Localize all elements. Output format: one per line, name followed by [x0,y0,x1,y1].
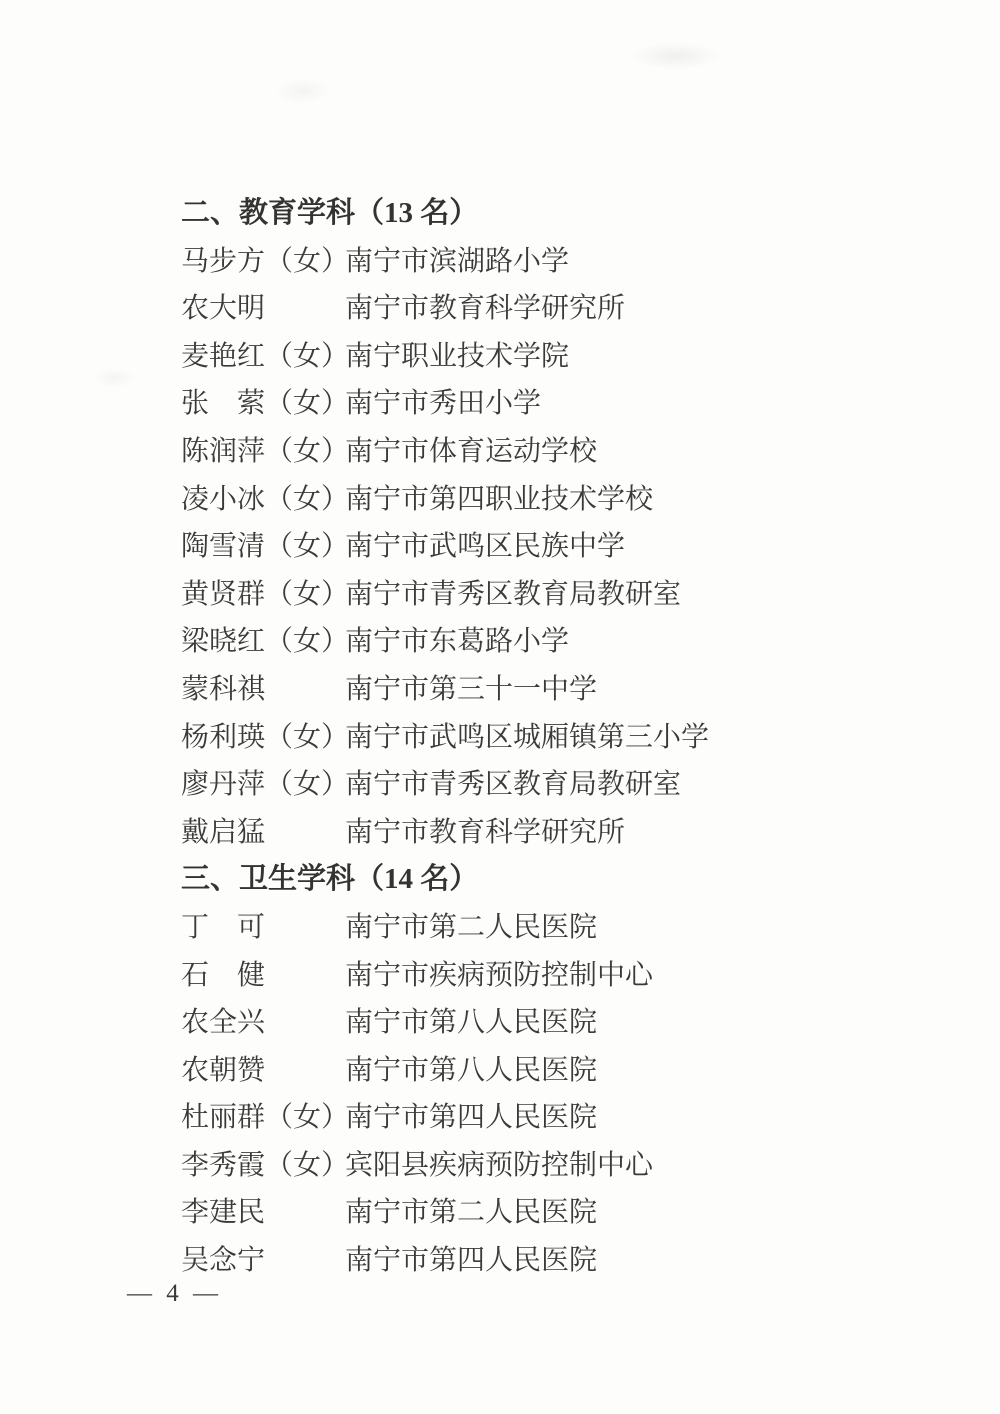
person-name: 戴启猛 [181,809,338,857]
roster-row: 李秀霞（女） 宾阳县疾病预防控制中心 [181,1142,901,1190]
person-organization: 宾阳县疾病预防控制中心 [345,1142,653,1190]
roster-row: 石 健 南宁市疾病预防控制中心 [181,952,901,1000]
roster-section: 三、卫生学科（14 名） 丁 可 南宁市第二人民医院 石 健 南宁市疾病预防控制… [181,856,901,1284]
person-organization: 南宁市东葛路小学 [345,618,569,666]
person-organization: 南宁市第二人民医院 [345,1189,597,1237]
person-organization: 南宁市第二人民医院 [345,904,597,952]
page-number: — 4 — [127,1280,222,1308]
document-content: 二、教育学科（13 名） 马步方（女） 南宁市滨湖路小学 农大明 南宁市教育科学… [181,190,901,1285]
roster-row: 杨利瑛（女） 南宁市武鸣区城厢镇第三小学 [181,714,901,762]
person-organization: 南宁市青秀区教育局教研室 [345,571,681,619]
person-name: 李秀霞（女） [181,1142,338,1190]
person-organization: 南宁市秀田小学 [345,380,541,428]
section-rows: 马步方（女） 南宁市滨湖路小学 农大明 南宁市教育科学研究所 麦艳红（女） 南宁… [181,238,901,857]
person-name: 农朝赞 [181,1047,338,1095]
roster-row: 吴念宁 南宁市第四人民医院 [181,1237,901,1285]
person-name: 梁晓红（女） [181,618,338,666]
roster-row: 黄贤群（女） 南宁市青秀区教育局教研室 [181,571,901,619]
person-organization: 南宁市第四人民医院 [345,1094,597,1142]
person-organization: 南宁市第三十一中学 [345,666,597,714]
person-name: 张 萦（女） [181,380,338,428]
person-name: 农大明 [181,285,338,333]
person-name: 李建民 [181,1189,338,1237]
person-name: 杜丽群（女） [181,1094,338,1142]
roster-row: 农大明 南宁市教育科学研究所 [181,285,901,333]
person-name: 马步方（女） [181,238,338,286]
person-name: 陈润萍（女） [181,428,338,476]
roster-row: 李建民 南宁市第二人民医院 [181,1189,901,1237]
roster-row: 农全兴 南宁市第八人民医院 [181,999,901,1047]
roster-row: 梁晓红（女） 南宁市东葛路小学 [181,618,901,666]
person-organization: 南宁市第四人民医院 [345,1237,597,1285]
section-title: 二、教育学科（13 名） [181,190,901,238]
section-title: 三、卫生学科（14 名） [181,856,901,904]
roster-row: 廖丹萍（女） 南宁市青秀区教育局教研室 [181,761,901,809]
person-name: 吴念宁 [181,1237,338,1285]
person-organization: 南宁市第四职业技术学校 [345,476,653,524]
scanned-document-page: 二、教育学科（13 名） 马步方（女） 南宁市滨湖路小学 农大明 南宁市教育科学… [0,0,1000,1414]
roster-row: 戴启猛 南宁市教育科学研究所 [181,809,901,857]
person-name: 杨利瑛（女） [181,714,338,762]
person-organization: 南宁市第八人民医院 [345,1047,597,1095]
roster-row: 麦艳红（女） 南宁职业技术学院 [181,333,901,381]
section-rows: 丁 可 南宁市第二人民医院 石 健 南宁市疾病预防控制中心 农全兴 南宁市第八人… [181,904,901,1285]
person-name: 廖丹萍（女） [181,761,338,809]
person-name: 石 健 [181,952,338,1000]
roster-row: 农朝赞 南宁市第八人民医院 [181,1047,901,1095]
roster-section: 二、教育学科（13 名） 马步方（女） 南宁市滨湖路小学 农大明 南宁市教育科学… [181,190,901,856]
person-organization: 南宁市第八人民医院 [345,999,597,1047]
roster-row: 陈润萍（女） 南宁市体育运动学校 [181,428,901,476]
person-organization: 南宁职业技术学院 [345,333,569,381]
roster-row: 蒙科祺 南宁市第三十一中学 [181,666,901,714]
person-name: 丁 可 [181,904,338,952]
person-organization: 南宁市青秀区教育局教研室 [345,761,681,809]
roster-row: 凌小冰（女） 南宁市第四职业技术学校 [181,476,901,524]
person-organization: 南宁市教育科学研究所 [345,285,625,333]
scan-smudge [92,368,136,388]
person-name: 黄贤群（女） [181,571,338,619]
person-name: 麦艳红（女） [181,333,338,381]
person-name: 蒙科祺 [181,666,338,714]
roster-row: 杜丽群（女） 南宁市第四人民医院 [181,1094,901,1142]
roster-row: 丁 可 南宁市第二人民医院 [181,904,901,952]
person-name: 凌小冰（女） [181,476,338,524]
person-organization: 南宁市武鸣区民族中学 [345,523,625,571]
roster-row: 马步方（女） 南宁市滨湖路小学 [181,238,901,286]
person-organization: 南宁市武鸣区城厢镇第三小学 [345,714,709,762]
person-name: 陶雪清（女） [181,523,338,571]
person-organization: 南宁市滨湖路小学 [345,238,569,286]
scan-smudge [630,42,720,70]
person-name: 农全兴 [181,999,338,1047]
roster-row: 张 萦（女） 南宁市秀田小学 [181,380,901,428]
person-organization: 南宁市教育科学研究所 [345,809,625,857]
person-organization: 南宁市疾病预防控制中心 [345,952,653,1000]
roster-row: 陶雪清（女） 南宁市武鸣区民族中学 [181,523,901,571]
scan-smudge [275,78,330,104]
person-organization: 南宁市体育运动学校 [345,428,597,476]
